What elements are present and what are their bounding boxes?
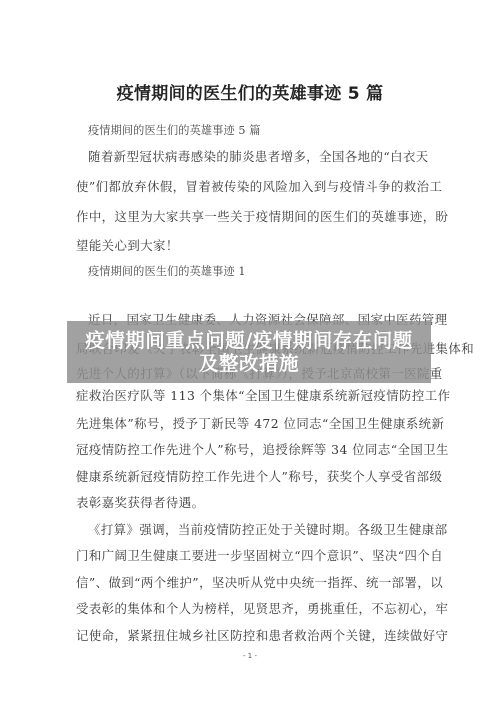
- body-line: 门和广阔卫生健康工要进一步坚固树立“四个意识”、坚决“四个自: [76, 548, 426, 564]
- body-line: 随着新型冠状病毒感染的肺炎患者增多，全国各地的“白衣天: [88, 149, 438, 165]
- body-line: 先进集体”称号，授予丁新民等 472 位同志“全国卫生健康系统新: [76, 416, 426, 432]
- body-line: 信”、做到“两个维护”，坚决听从党中央统一指挥、统一部署，以: [76, 575, 426, 591]
- body-line: 记使命，紧紧扭住城乡社区防控和患者救治两个关键，连续做好守: [76, 628, 426, 644]
- body-line: 健康系统新冠疫情防控工作先进个人”称号，获奖个人享受省部级: [76, 469, 426, 485]
- body-line: 冠疫情防控工作先进个人”称号，追授徐辉等 34 位同志“全国卫生: [76, 442, 426, 458]
- page-number: - 1 -: [0, 652, 500, 660]
- overlay-title: 疫情期间重点问题/疫情期间存在问题及整改措施: [79, 329, 419, 375]
- overlay-title-banner: 疫情期间重点问题/疫情期间存在问题及整改措施: [67, 321, 431, 383]
- document-title: 疫情期间的医生们的英雄事迹 5 篇: [0, 79, 500, 104]
- body-line: 受表彰的集体和个人为榜样，见贤思齐，勇挑重任，不忘初心，牢: [76, 601, 426, 617]
- body-line: 使”们都放弃休假，冒着被传染的风险加入到与疫情斗争的救治工: [76, 179, 426, 195]
- body-line: 作中，这里为大家共享一些关于疫情期间的医生们的英雄事迹，盼: [76, 209, 426, 225]
- body-line: 症救治医疗队等 113 个集体“全国卫生健康系统新冠疫情防控工作: [76, 388, 426, 404]
- section-heading: 疫情期间的医生们的英雄事迹 1: [88, 264, 438, 280]
- subtitle-line: 疫情期间的医生们的英雄事迹 5 篇: [88, 123, 438, 139]
- body-line: 《打算》强调，当前疫情防控正处于关键时期。各级卫生健康部: [88, 522, 438, 538]
- body-line: 望能关心到大家！: [76, 238, 426, 254]
- body-line: 表彰嘉奖获得者待遇。: [76, 495, 426, 511]
- document-page: 疫情期间的医生们的英雄事迹 5 篇 疫情期间的医生们的英雄事迹 5 篇 随着新型…: [0, 0, 500, 706]
